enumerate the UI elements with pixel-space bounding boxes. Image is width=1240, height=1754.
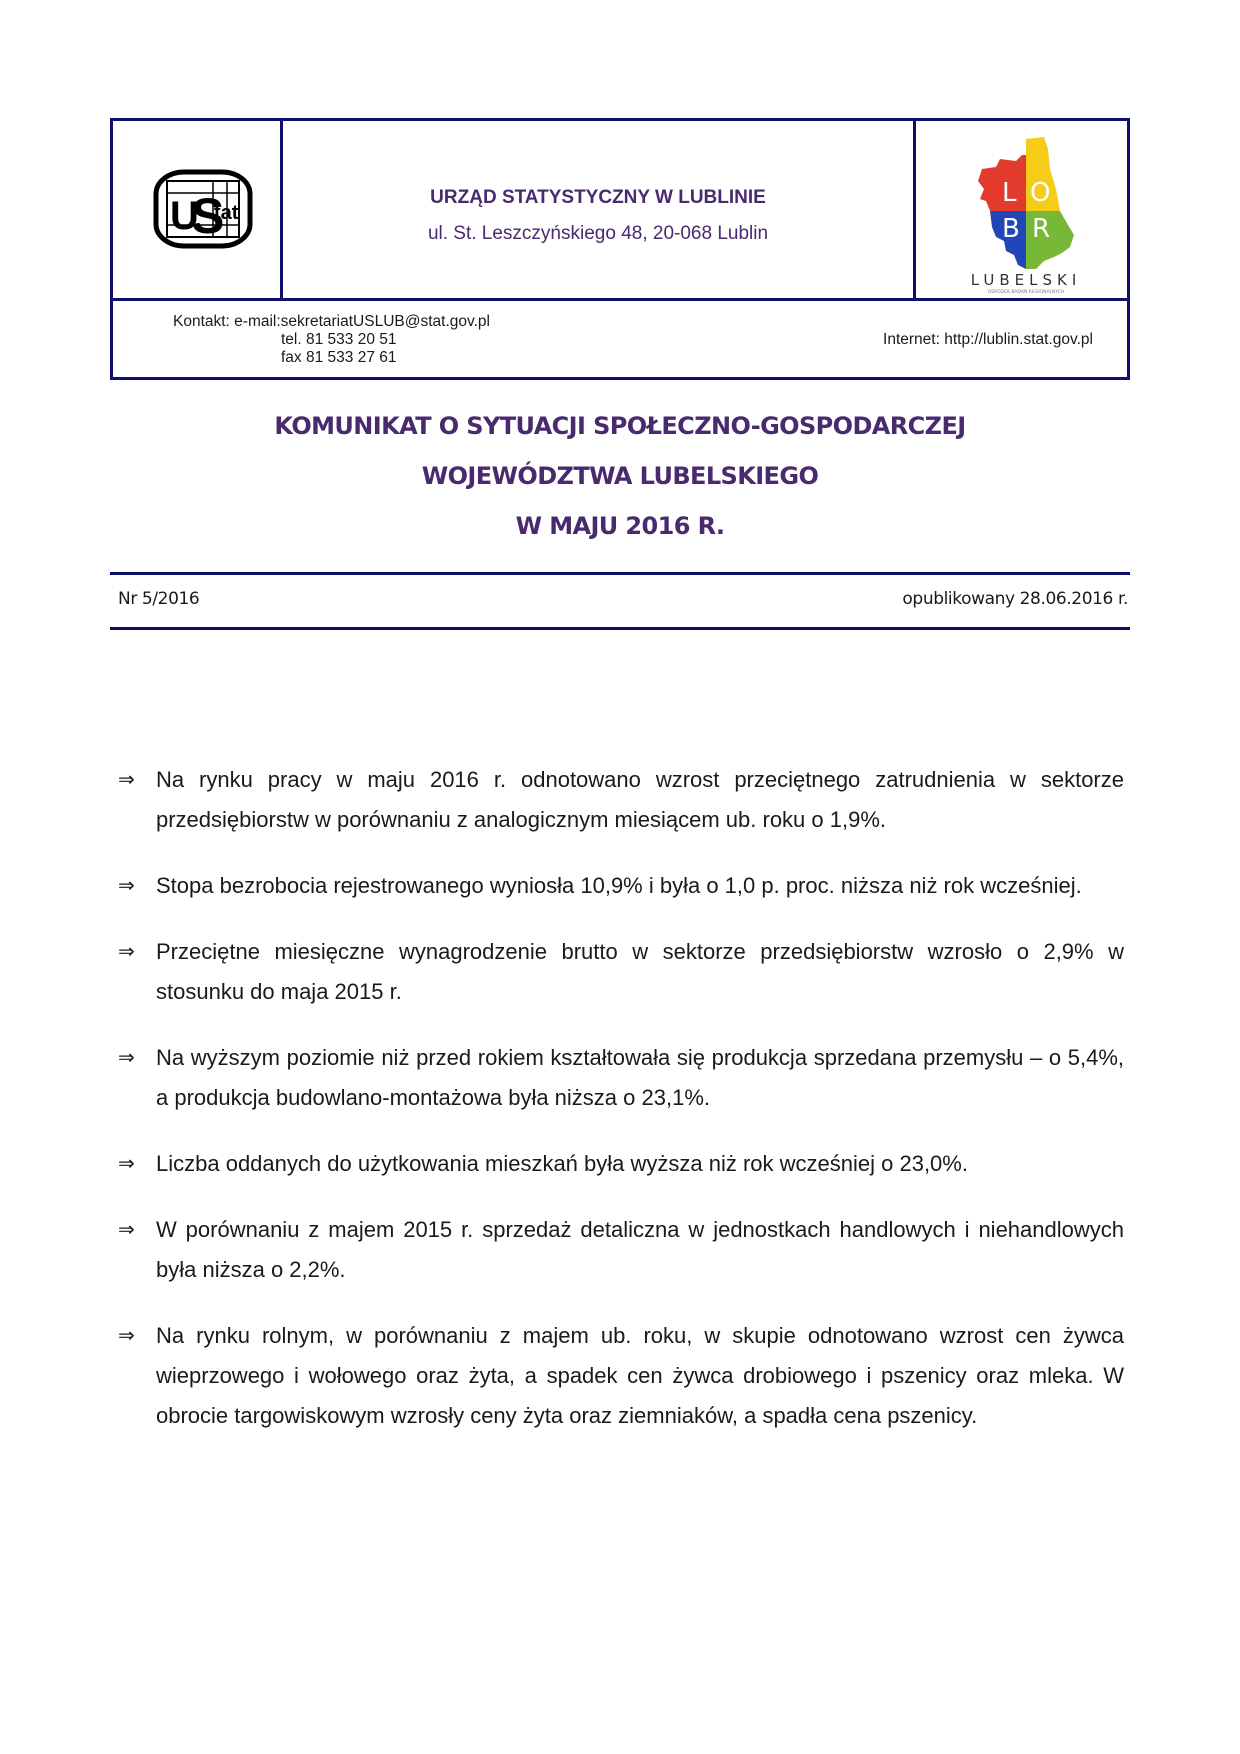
list-item: ⇒Stopa bezrobocia rejestrowanego wyniosł…	[118, 866, 1124, 906]
header-box: U S tat URZĄD STATYSTYCZNY W LUBLINIE ul…	[110, 118, 1130, 380]
org-address: ul. St. Leszczyńskiego 48, 20-068 Lublin	[283, 223, 913, 245]
logo-cell-right: L O B R LUBELSKI OŚRODEK BADAŃ REGIONALN…	[913, 121, 1127, 298]
header-top-row: U S tat URZĄD STATYSTYCZNY W LUBLINIE ul…	[113, 121, 1127, 301]
page-title-line2: WOJEWÓDZTWA LUBELSKIEGO	[110, 462, 1130, 490]
list-item: ⇒Na wyższym poziomie niż przed rokiem ks…	[118, 1038, 1124, 1118]
arrow-right-icon: ⇒	[118, 866, 135, 906]
list-item: ⇒Liczba oddanych do użytkowania mieszkań…	[118, 1144, 1124, 1184]
svg-text:B: B	[1002, 214, 1020, 244]
arrow-right-icon: ⇒	[118, 760, 135, 800]
list-item-text: Na rynku rolnym, w porównaniu z majem ub…	[156, 1323, 1124, 1428]
divider-top	[110, 572, 1130, 575]
issue-number: Nr 5/2016	[118, 589, 199, 609]
arrow-right-icon: ⇒	[118, 1316, 135, 1356]
arrow-right-icon: ⇒	[118, 1038, 135, 1078]
list-item: ⇒Na rynku rolnym, w porównaniu z majem u…	[118, 1316, 1124, 1436]
svg-text:R: R	[1032, 214, 1050, 244]
contact-fax: fax 81 533 27 61	[173, 349, 490, 367]
contact-tel: tel. 81 533 20 51	[173, 331, 490, 349]
arrow-right-icon: ⇒	[118, 1210, 135, 1250]
highlights-list: ⇒Na rynku pracy w maju 2016 r. odnotowan…	[118, 760, 1124, 1462]
svg-text:LUBELSKI: LUBELSKI	[971, 271, 1082, 289]
list-item-text: Na wyższym poziomie niż przed rokiem ksz…	[156, 1045, 1124, 1110]
contact-block: Kontakt: e-mail:sekretariatUSLUB@stat.go…	[173, 313, 490, 367]
publication-date: opublikowany 28.06.2016 r.	[902, 589, 1128, 609]
list-item: ⇒Na rynku pracy w maju 2016 r. odnotowan…	[118, 760, 1124, 840]
logo-cell-left: U S tat	[113, 121, 283, 298]
divider-bottom	[110, 627, 1130, 630]
svg-text:L: L	[1002, 178, 1017, 208]
list-item-text: Stopa bezrobocia rejestrowanego wyniosła…	[156, 873, 1082, 898]
org-info-cell: URZĄD STATYSTYCZNY W LUBLINIE ul. St. Le…	[283, 121, 913, 298]
ustat-logo-icon: U S tat	[153, 169, 253, 249]
page-title-line3: W MAJU 2016 R.	[110, 512, 1130, 540]
list-item-text: Liczba oddanych do użytkowania mieszkań …	[156, 1151, 968, 1176]
list-item: ⇒W porównaniu z majem 2015 r. sprzedaż d…	[118, 1210, 1124, 1290]
list-item: ⇒Przeciętne miesięczne wynagrodzenie bru…	[118, 932, 1124, 1012]
list-item-text: Na rynku pracy w maju 2016 r. odnotowano…	[156, 767, 1124, 832]
list-item-text: Przeciętne miesięczne wynagrodzenie brut…	[156, 939, 1124, 1004]
svg-text:O: O	[1030, 178, 1050, 208]
svg-text:tat: tat	[214, 202, 239, 224]
contact-email: Kontakt: e-mail:sekretariatUSLUB@stat.go…	[173, 313, 490, 331]
page-title-line1: KOMUNIKAT O SYTUACJI SPOŁECZNO-GOSPODARC…	[110, 412, 1130, 440]
list-item-text: W porównaniu z majem 2015 r. sprzedaż de…	[156, 1217, 1124, 1282]
arrow-right-icon: ⇒	[118, 1144, 135, 1184]
contact-internet[interactable]: Internet: http://lublin.stat.gov.pl	[883, 331, 1093, 349]
lobr-logo-icon: L O B R LUBELSKI OŚRODEK BADAŃ REGIONALN…	[956, 129, 1096, 294]
org-name: URZĄD STATYSTYCZNY W LUBLINIE	[283, 187, 913, 209]
arrow-right-icon: ⇒	[118, 932, 135, 972]
